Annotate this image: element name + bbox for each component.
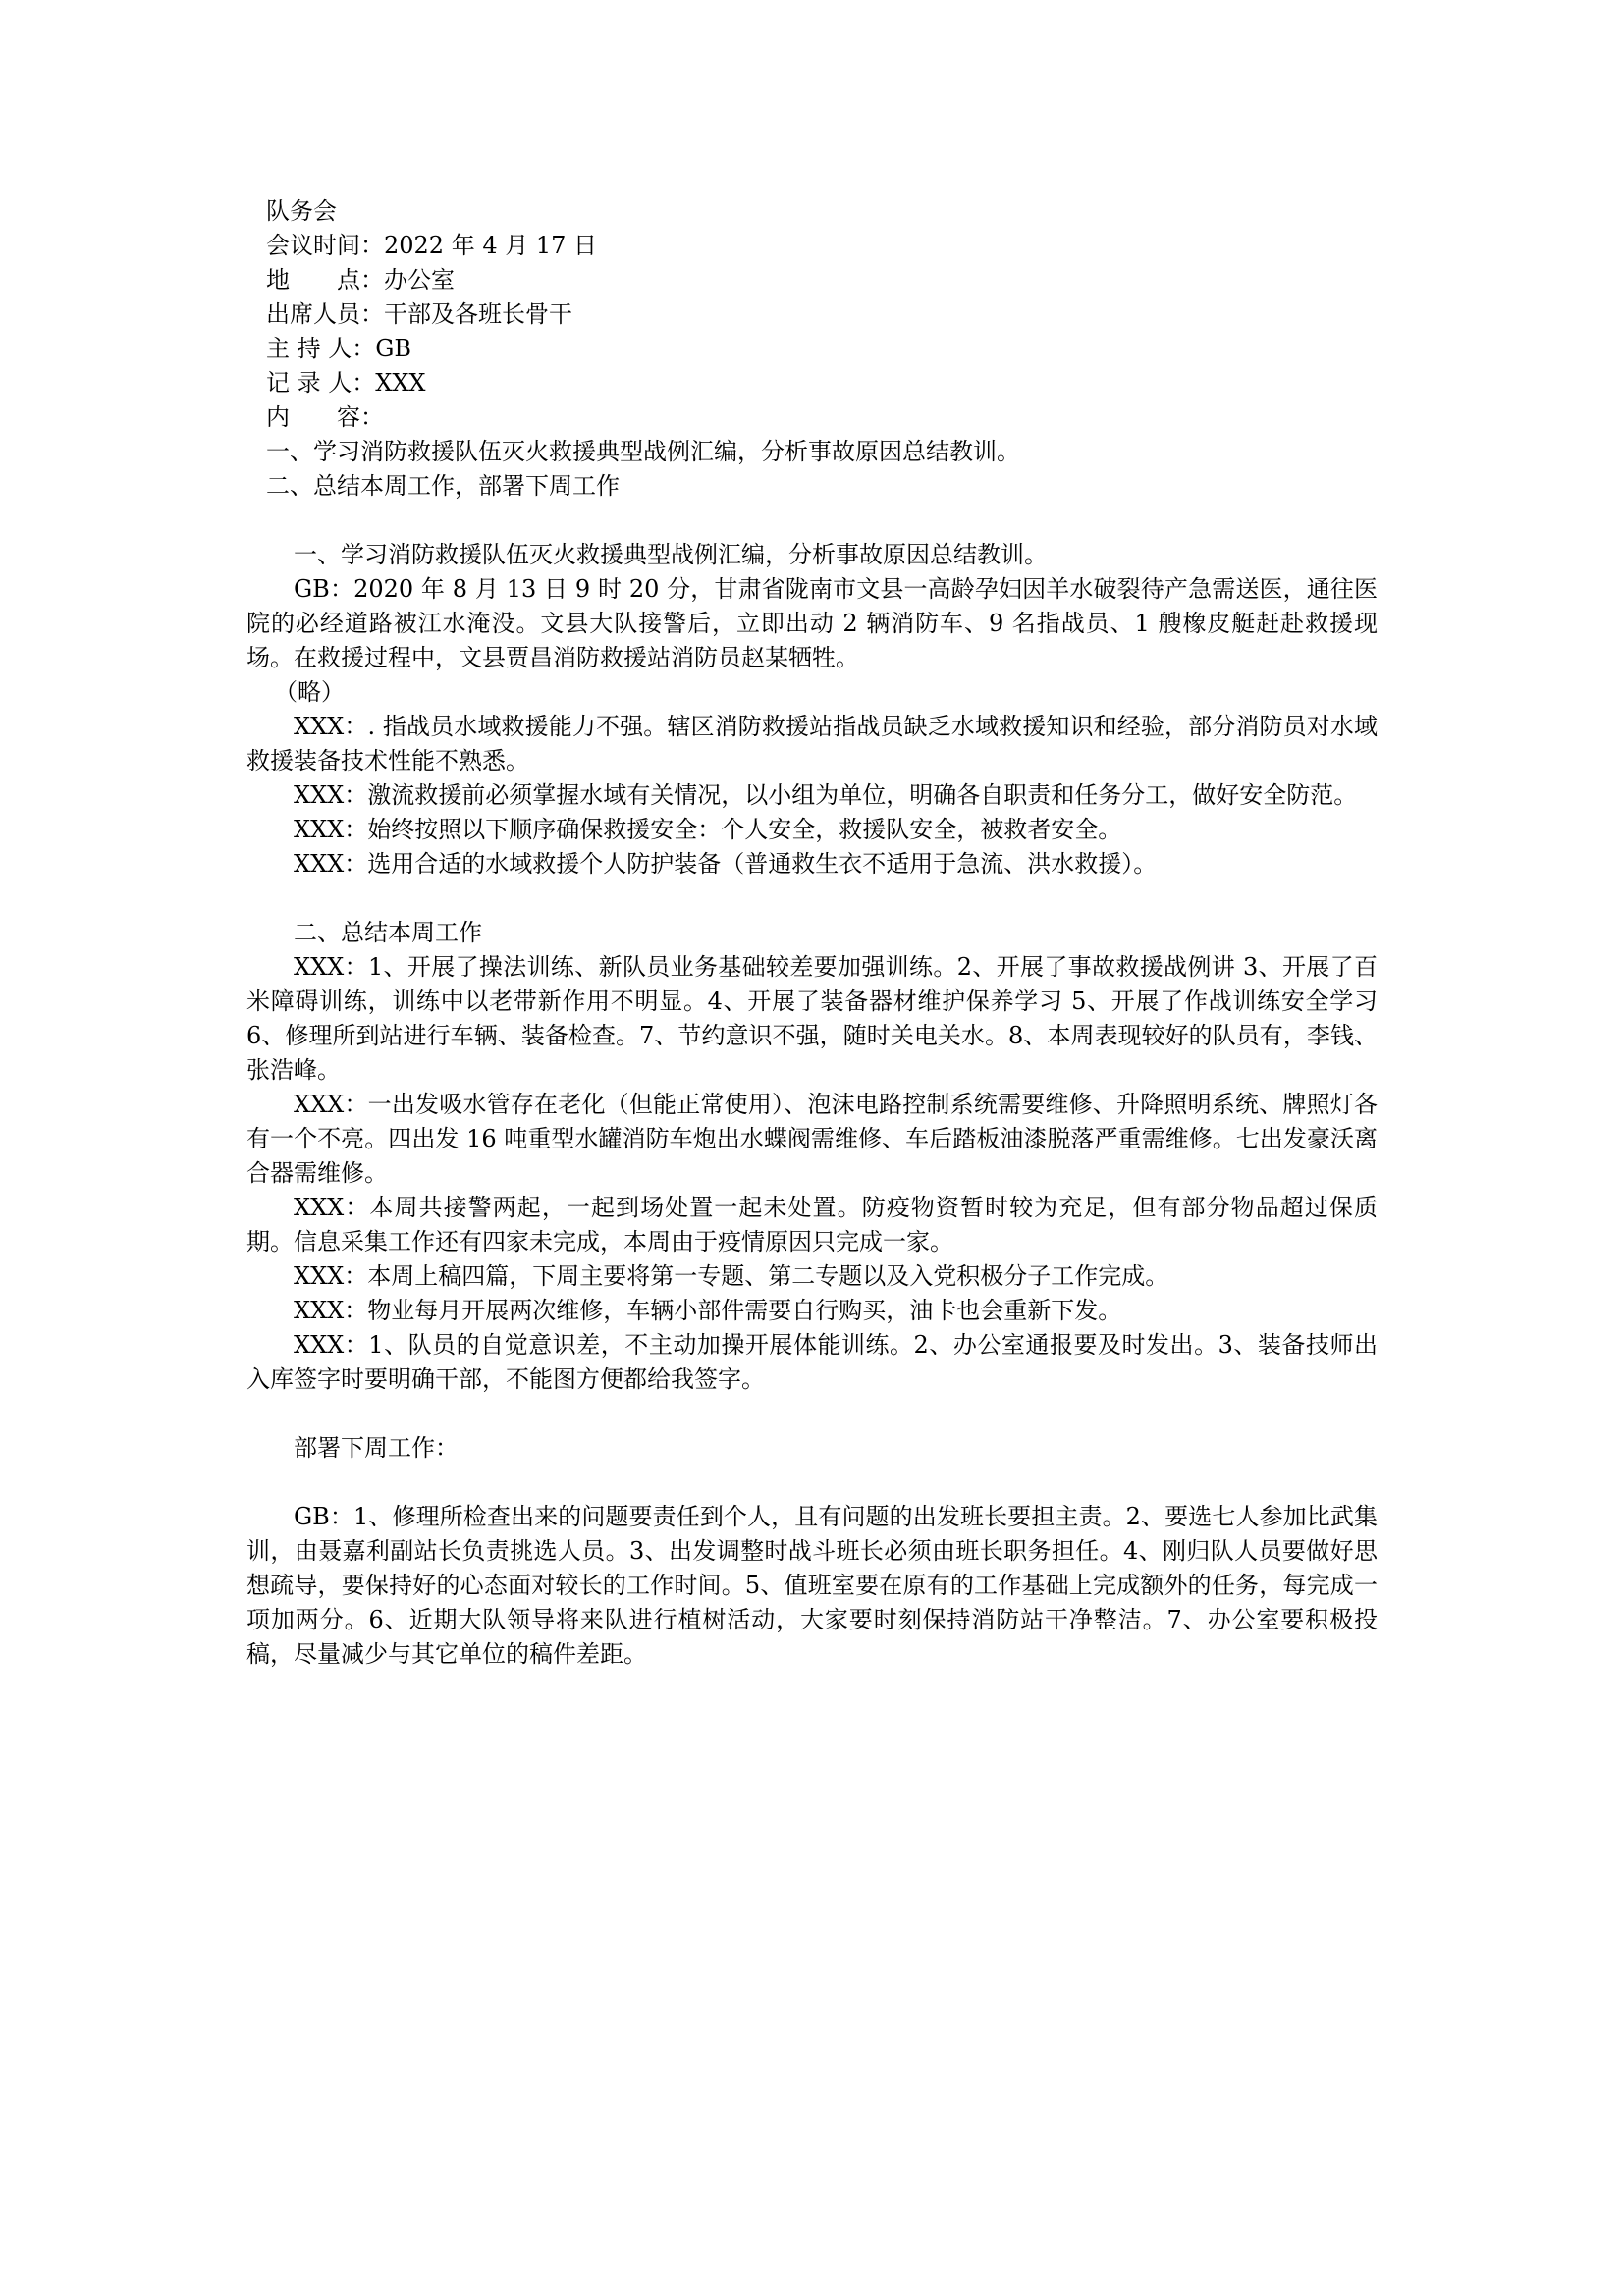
paragraph: XXX：本周上稿四篇，下周主要将第一专题、第二专题以及入党积极分子工作完成。 <box>246 1259 1378 1294</box>
paragraph: XXX：本周共接警两起，一起到场处置一起未处置。防疫物资暂时较为充足，但有部分物… <box>246 1191 1378 1259</box>
paragraph: XXX：始终按照以下顺序确保救援安全：个人安全，救援队安全，被救者安全。 <box>246 813 1378 847</box>
agenda-item: 一、学习消防救援队伍灭火救援典型战例汇编，分析事故原因总结教训。 <box>246 435 1378 469</box>
section-study-cases: 一、学习消防救援队伍灭火救援典型战例汇编，分析事故原因总结教训。 GB：2020… <box>246 538 1378 881</box>
meeting-attendees: 出席人员：干部及各班长骨干 <box>246 297 1378 332</box>
agenda-item: 二、总结本周工作，部署下周工作 <box>246 469 1378 504</box>
paragraph: XXX：1、队员的自觉意识差，不主动加操开展体能训练。2、办公室通报要及时发出。… <box>246 1328 1378 1397</box>
paragraph: XXX：. 指战员水域救援能力不强。辖区消防救援站指战员缺乏水域救援知识和经验，… <box>246 710 1378 778</box>
section-next-week-plan: 部署下周工作： GB：1、修理所检查出来的问题要责任到个人，且有问题的出发班长要… <box>246 1431 1378 1672</box>
paragraph: GB：2020 年 8 月 13 日 9 时 20 分，甘肃省陇南市文县一高龄孕… <box>246 572 1378 675</box>
section-heading: 部署下周工作： <box>246 1431 1378 1466</box>
section-heading: 一、学习消防救援队伍灭火救援典型战例汇编，分析事故原因总结教训。 <box>246 538 1378 572</box>
paragraph: （略） <box>246 675 1378 710</box>
document-header: 队务会 会议时间：2022 年 4 月 17 日 地 点：办公室 出席人员：干部… <box>246 194 1378 504</box>
paragraph: XXX：物业每月开展两次维修，车辆小部件需要自行购买，油卡也会重新下发。 <box>246 1294 1378 1328</box>
paragraph: XXX：选用合适的水域救援个人防护装备（普通救生衣不适用于急流、洪水救援）。 <box>246 847 1378 881</box>
meeting-minutes-document: 队务会 会议时间：2022 年 4 月 17 日 地 点：办公室 出席人员：干部… <box>246 194 1378 1672</box>
meeting-place: 地 点：办公室 <box>246 263 1378 297</box>
paragraph: XXX：一出发吸水管存在老化（但能正常使用）、泡沫电路控制系统需要维修、升降照明… <box>246 1088 1378 1191</box>
paragraph: XXX：1、开展了操法训练、新队员业务基础较差要加强训练。2、开展了事故救援战例… <box>246 950 1378 1088</box>
content-label: 内 容： <box>246 400 1378 435</box>
section-weekly-summary: 二、总结本周工作 XXX：1、开展了操法训练、新队员业务基础较差要加强训练。2、… <box>246 916 1378 1397</box>
paragraph: GB：1、修理所检查出来的问题要责任到个人，且有问题的出发班长要担主责。2、要选… <box>246 1500 1378 1672</box>
meeting-recorder: 记 录 人：XXX <box>246 366 1378 400</box>
meeting-host: 主 持 人：GB <box>246 332 1378 366</box>
section-heading: 二、总结本周工作 <box>246 916 1378 950</box>
meeting-time: 会议时间：2022 年 4 月 17 日 <box>246 229 1378 263</box>
paragraph: XXX：激流救援前必须掌握水域有关情况，以小组为单位，明确各自职责和任务分工，做… <box>246 778 1378 813</box>
meeting-title: 队务会 <box>246 194 1378 229</box>
